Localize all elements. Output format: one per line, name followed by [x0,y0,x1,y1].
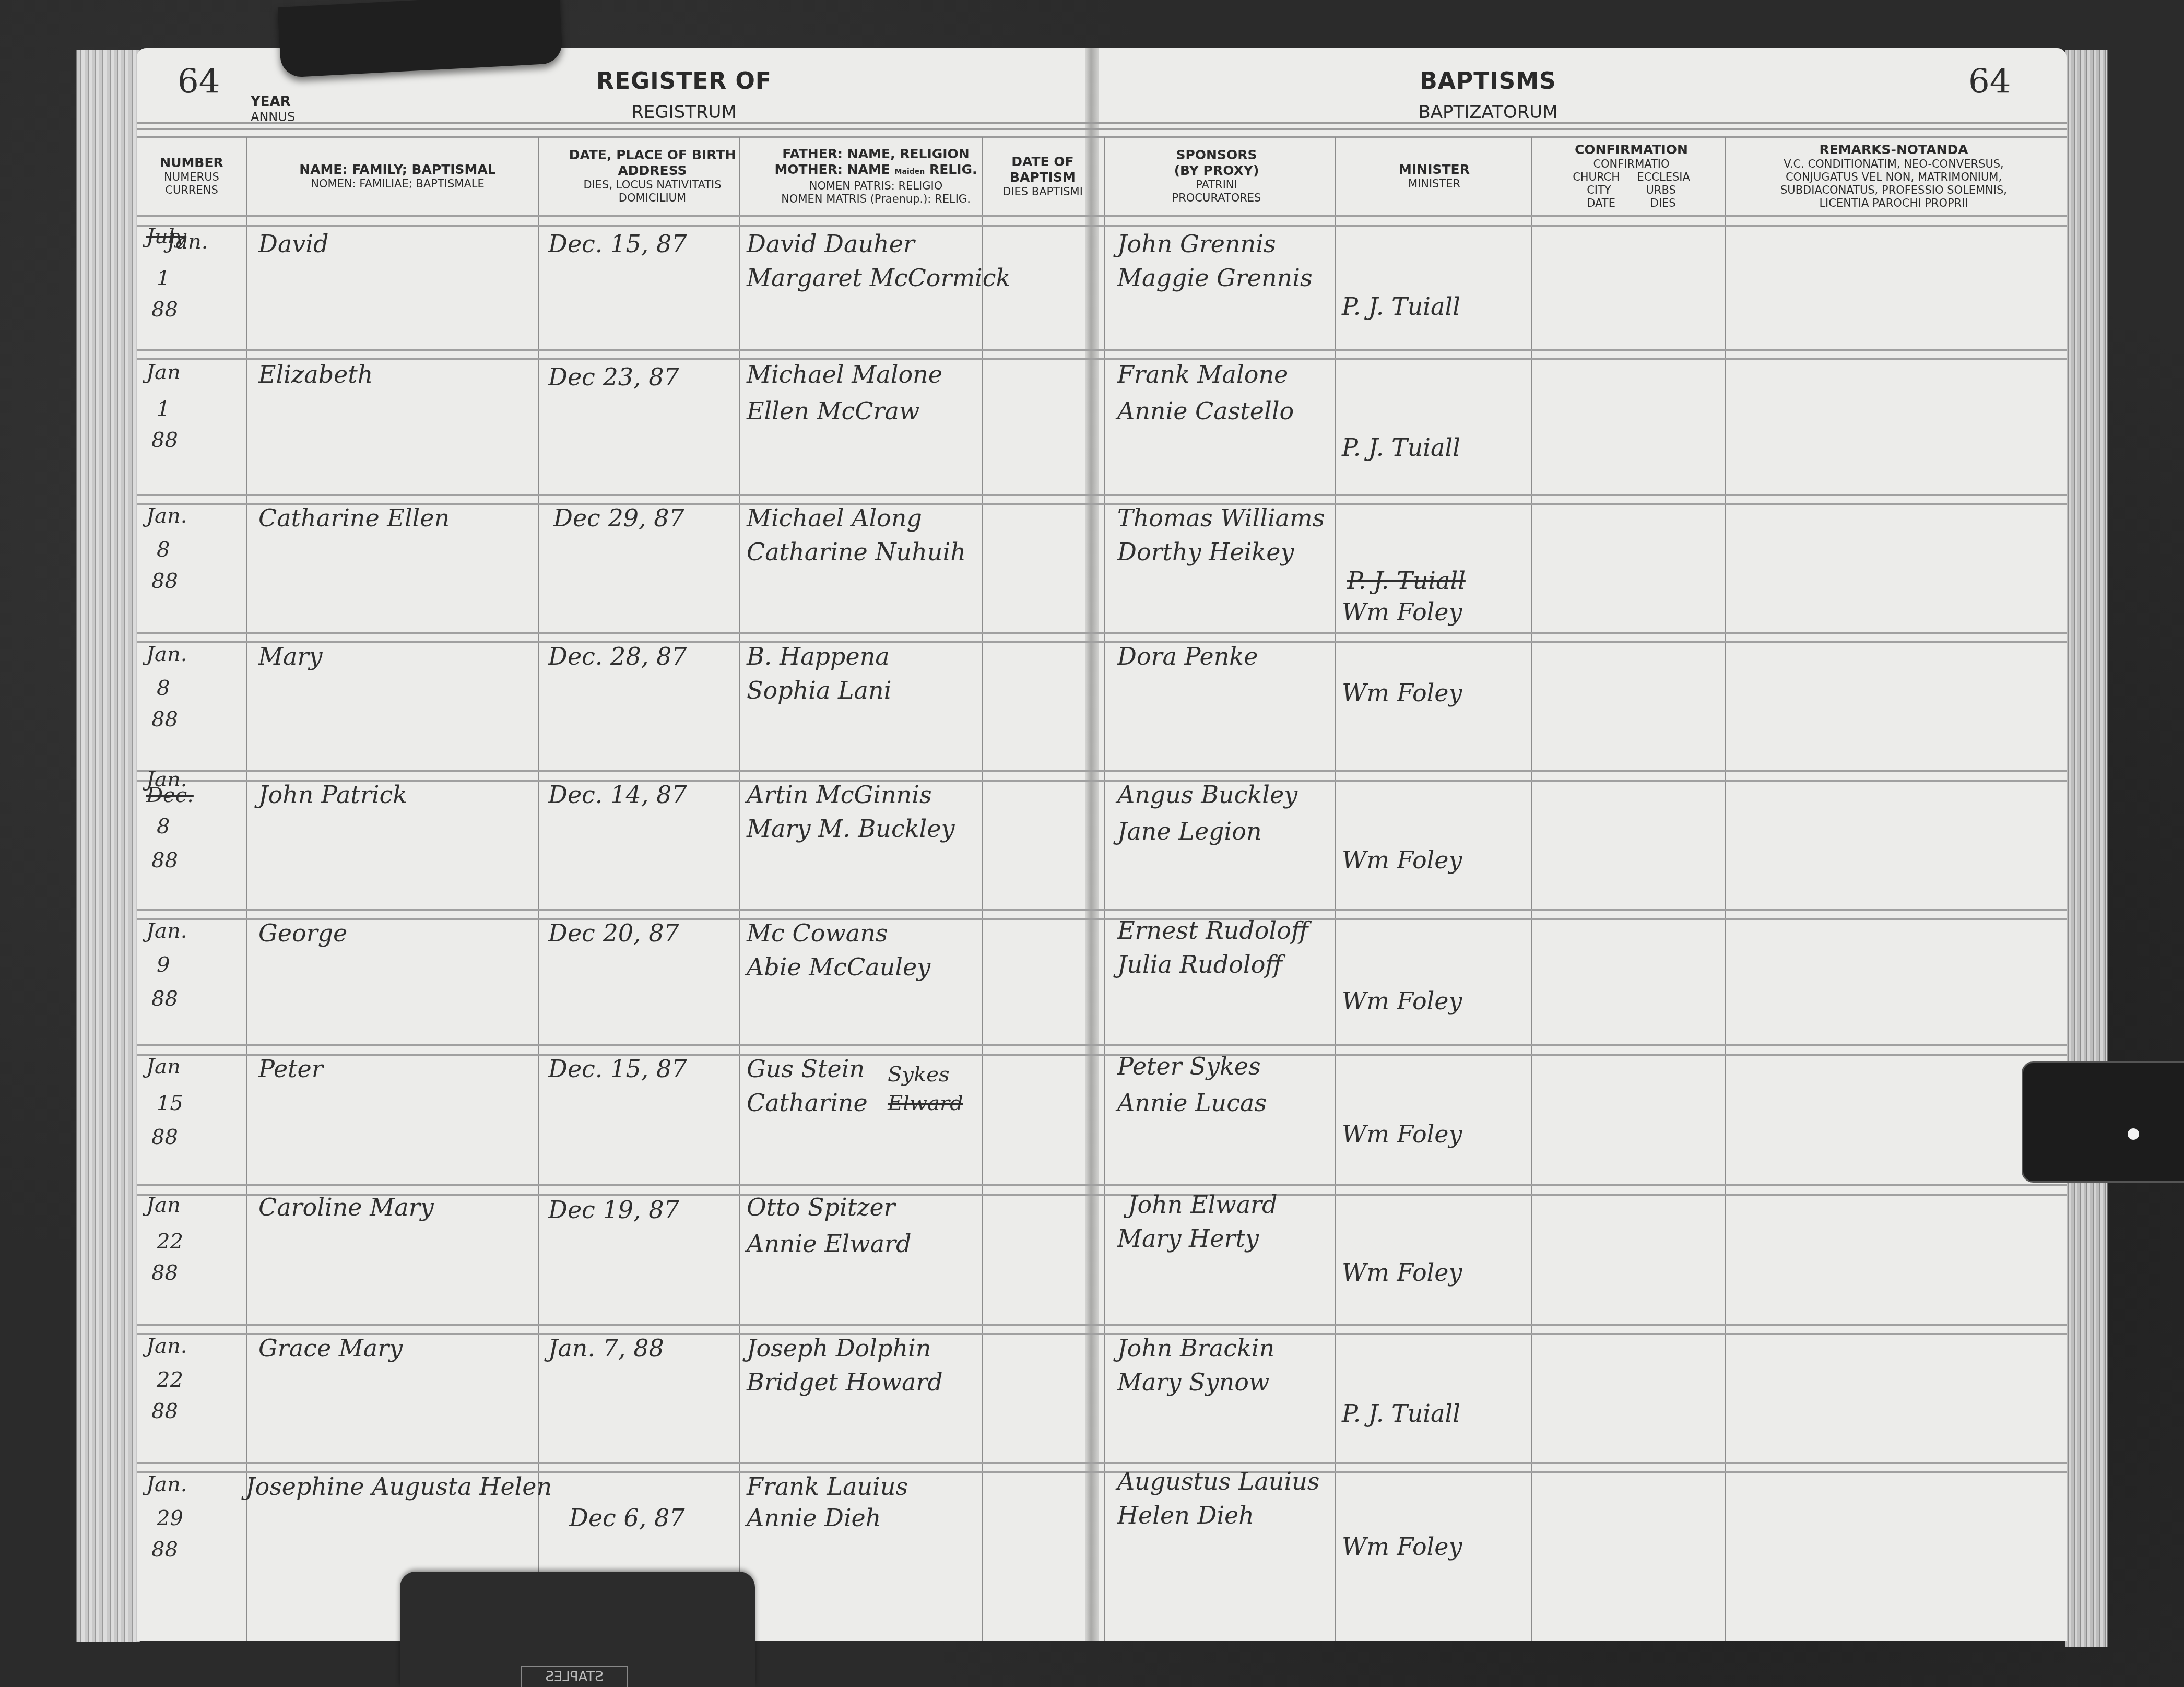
entry-month: Jan [146,1193,181,1217]
entry-year: 88 [151,1538,178,1562]
entry-day: 15 [157,1091,183,1115]
entry-father: B. Happena [747,642,890,670]
entry-name: John Patrick [258,781,407,809]
entry-year: 88 [151,1399,178,1423]
col-confirm-church: CHURCH [1573,171,1620,183]
page-number-right: 64 [1968,63,2011,101]
entry-year: 88 [151,428,178,452]
col-confirm-la: CONFIRMATIO [1593,158,1669,171]
entry-name: Elizabeth [258,360,373,388]
col-sponsors-la1: PATRINI [1196,179,1237,192]
entry-sponsor-2: Annie Lucas [1117,1089,1267,1117]
col-parents-en2b: RELIG. [929,162,977,177]
header-rule-top [137,122,2067,138]
col-header-minister: MINISTER MINISTER [1338,137,1531,215]
entry-name: Caroline Mary [258,1193,434,1221]
entry-year: 88 [151,848,178,872]
entry-mother: Sophia Lani [747,676,891,704]
binder-clip-bottom: STAPLES [400,1572,755,1687]
entry-mother: Catharine [747,1089,868,1117]
entry-month: Jan. [146,1472,187,1496]
entry-name: Grace Mary [258,1334,403,1362]
entry-year: 88 [151,1125,178,1149]
book-gutter [1085,48,1099,1641]
entry-sponsor-1: Ernest Rudoloff [1117,916,1308,945]
entry-father: Gus Stein [747,1055,865,1083]
entry-sponsor-1: Angus Buckley [1117,781,1297,809]
entry-sponsor-2: Maggie Grennis [1117,264,1313,292]
entry-sponsor-1: Thomas Williams [1117,504,1325,532]
entry-day: 22 [157,1368,183,1392]
col-header-sponsors: SPONSORS (BY PROXY) PATRINI PROCURATORES [1102,137,1331,215]
col-divider [538,137,539,1641]
col-name-en: NAME: FAMILY; BAPTISMAL [299,162,496,178]
entry-mother: Mary M. Buckley [747,815,954,843]
entry-day: 9 [157,953,170,977]
col-name-la: NOMEN: FAMILIAE; BAPTISMALE [311,178,484,191]
entry-day: 1 [157,397,170,421]
entry-father: David Dauher [747,230,915,258]
col-divider [739,137,740,1641]
row-rule [137,215,2067,227]
col-confirm-dies: DIES [1650,197,1676,209]
entry-birth-date: Dec 6, 87 [569,1504,685,1532]
col-divider [1725,137,1726,1641]
row-rule [137,349,2067,360]
entry-birth-date: Dec. 28, 87 [548,642,687,670]
entry-year: 88 [151,569,178,593]
col-confirm-en: CONFIRMATION [1575,142,1688,158]
col-bapdate-en2: BAPTISM [1010,170,1076,185]
entry-sponsor-2: Annie Castello [1117,397,1294,425]
entry-father: Joseph Dolphin [747,1334,931,1362]
col-confirm-date: DATE [1587,197,1615,209]
entry-sponsor-2: Julia Rudoloff [1117,950,1282,978]
entry-name: Catharine Ellen [258,504,450,532]
entry-birth-date: Dec 19, 87 [548,1196,679,1224]
entry-sponsor-2: Dorthy Heikey [1117,538,1294,566]
col-number-la2: CURRENS [165,184,218,197]
year-label-en: YEAR [251,94,295,110]
col-parents-en1: FATHER: NAME, RELIGION [782,146,970,162]
row-rule [137,1044,2067,1056]
col-header-confirmation: CONFIRMATION CONFIRMATIO CHURCH ECCLESIA… [1533,137,1729,215]
entry-name: George [258,919,347,947]
entry-minister: Wm Foley [1342,598,1462,626]
entry-year: 88 [151,707,178,732]
col-divider [246,137,247,1641]
col-header-parents: FATHER: NAME, RELIGION MOTHER: NAME Maid… [757,137,995,215]
entry-father: Artin McGinnis [747,781,932,809]
baptisms-title-la: BAPTIZATORUM [1357,102,1619,123]
clip-brand-label: STAPLES [521,1666,628,1687]
entry-month: Jan [146,360,181,384]
entry-mother: Ellen McCraw [747,397,919,425]
entry-birth-date: Dec. 14, 87 [548,781,687,809]
entry-day: 29 [157,1506,183,1530]
col-birth-en2: ADDRESS [618,163,687,179]
entry-minister: Wm Foley [1342,679,1462,707]
entry-year: 88 [151,1261,178,1285]
col-confirm-urbs: URBS [1646,184,1675,196]
entry-mother: Catharine Nuhuih [747,538,966,566]
entry-minister: P. J. Tuiall [1342,1399,1460,1428]
entry-minister: P. J. Tuiall [1342,433,1460,462]
col-confirm-city: CITY [1587,184,1611,196]
entry-name: David [258,230,328,258]
col-confirm-ecclesia: ECCLESIA [1637,171,1690,183]
entry-year: 88 [151,987,178,1011]
col-parents-la1: NOMEN PATRIS: RELIGIO [809,180,943,193]
register-title-la: REGISTRUM [553,102,814,123]
row-rule [137,909,2067,920]
col-minister-en: MINISTER [1399,162,1470,178]
entry-mother: Bridget Howard [747,1368,943,1396]
entry-father: Michael Malone [747,360,942,388]
baptisms-title: BAPTISMS BAPTIZATORUM [1357,68,1619,123]
baptisms-title-en: BAPTISMS [1357,68,1619,95]
col-minister-la: MINISTER [1408,178,1460,191]
col-remarks-l3: SUBDIACONATUS, PROFESSIO SOLEMNIS, [1780,184,2007,197]
col-birth-la1: DIES, LOCUS NATIVITATIS [583,179,721,192]
col-number-la1: NUMERUS [164,171,219,184]
col-divider [1531,137,1532,1641]
entry-sponsor-1: John Brackin [1117,1334,1274,1362]
entry-mother-struck: Elward [888,1091,963,1115]
entry-father: Mc Cowans [747,919,888,947]
row-rule [137,1462,2067,1473]
entry-father-added: Sykes [888,1063,949,1087]
row-rule [137,770,2067,782]
col-sponsors-la2: PROCURATORES [1172,192,1261,205]
entry-birth-date: Dec. 15, 87 [548,1055,687,1083]
col-bapdate-la: DIES BAPTISMI [1002,185,1083,198]
entry-minister: Wm Foley [1342,1120,1462,1148]
entry-year: 88 [151,298,178,322]
entry-day: 1 [157,266,170,290]
column-headers: NUMBER NUMERUS CURRENS NAME: FAMILY; BAP… [137,137,2067,215]
entry-sponsor-2: Jane Legion [1117,817,1262,845]
year-label: YEAR ANNUS [251,94,295,124]
col-remarks-l2: CONJUGATUS VEL NON, MATRIMONIUM, [1786,171,2002,184]
col-header-name: NAME: FAMILY; BAPTISMAL NOMEN: FAMILIAE;… [247,137,548,215]
entry-sponsor-1: John Elward [1128,1190,1278,1219]
entry-day: 22 [157,1230,183,1254]
entry-minister: P. J. Tuiall [1342,292,1460,321]
entry-sponsor-2: Mary Herty [1117,1224,1259,1253]
entry-name: Josephine Augusta Helen [245,1472,552,1501]
entry-father: Frank Lauius [747,1472,908,1501]
entry-father: Michael Along [747,504,922,532]
entry-name: Mary [258,642,323,670]
row-rule [137,632,2067,643]
col-header-baptism-date: DATE OF BAPTISM DIES BAPTISMI [996,137,1090,215]
entry-minister: Wm Foley [1342,987,1462,1015]
page-number-left: 64 [178,63,220,101]
col-divider [1104,137,1105,1641]
entry-day: 8 [157,676,170,700]
col-sponsors-en2: (BY PROXY) [1174,163,1259,179]
col-birth-en1: DATE, PLACE OF BIRTH [569,147,736,163]
entry-sponsor-1: Frank Malone [1117,360,1288,388]
col-divider [982,137,983,1641]
entry-minister: Wm Foley [1342,1532,1462,1561]
col-number-en: NUMBER [160,155,223,171]
entry-month: Jan. [146,504,187,528]
entry-sponsor-1: Dora Penke [1117,642,1258,670]
entry-birth-date: Jan. 7, 88 [548,1334,664,1362]
entry-birth-date: Dec. 15, 87 [548,230,687,258]
entry-month: Jan. [146,768,187,792]
entry-month: Jan. [146,919,187,943]
entry-birth-date: Dec 20, 87 [548,919,679,947]
entry-sponsor-2: Mary Synow [1117,1368,1269,1396]
entry-name: Peter [258,1055,323,1083]
entry-birth-date: Dec 23, 87 [548,363,679,391]
entry-month: Jan. [146,642,187,666]
register-title-en: REGISTER OF [553,68,814,95]
col-header-birth: DATE, PLACE OF BIRTH ADDRESS DIES, LOCUS… [549,137,755,215]
entry-mother: Annie Elward [747,1230,912,1258]
register-title: REGISTER OF REGISTRUM [553,68,814,123]
entry-day: 8 [157,815,170,839]
entry-day: 8 [157,538,170,562]
entry-mother: Annie Dieh [747,1504,881,1532]
entry-sponsor-2: Helen Dieh [1117,1501,1254,1529]
col-sponsors-en1: SPONSORS [1176,147,1257,163]
col-remarks-en: REMARKS-NOTANDA [1819,142,1968,158]
col-remarks-l1: V.C. CONDITIONATIM, NEO-CONVERSUS, [1784,158,2004,171]
col-birth-la2: DOMICILIUM [619,192,686,205]
col-remarks-l4: LICENTIA PAROCHI PROPRII [1819,197,1968,210]
entry-month: Jan. [146,1334,187,1358]
entry-minister: Wm Foley [1342,846,1462,874]
entry-sponsor-1: Peter Sykes [1117,1052,1261,1080]
entry-birth-date: Dec 29, 87 [553,504,684,532]
entry-minister-struck: P. J. Tuiall [1347,567,1466,595]
clasp-rivet [2128,1128,2139,1140]
col-bapdate-en1: DATE OF [1011,154,1073,170]
entry-month: Jan [146,1055,181,1079]
col-parents-en2a: MOTHER: NAME [774,162,890,177]
entry-sponsor-1: Augustus Lauius [1117,1467,1319,1495]
row-rule [137,1324,2067,1335]
left-page-stack [76,50,140,1642]
book-clasp [2022,1061,2184,1183]
entry-mother: Abie McCauley [747,953,930,981]
right-page-stack [2065,50,2108,1647]
entry-mother: Margaret McCormick [747,264,1010,292]
col-divider [1335,137,1336,1641]
entry-month: Jan. [167,230,208,254]
col-parents-maiden: Maiden [895,168,925,176]
col-header-number: NUMBER NUMERUS CURRENS [137,137,246,215]
entry-father: Otto Spitzer [747,1193,895,1221]
col-header-remarks: REMARKS-NOTANDA V.C. CONDITIONATIM, NEO-… [1732,137,2056,215]
entry-sponsor-1: John Grennis [1117,230,1276,258]
col-parents-la2: NOMEN MATRIS (Praenup.): RELIG. [781,193,971,206]
entry-minister: Wm Foley [1342,1258,1462,1287]
